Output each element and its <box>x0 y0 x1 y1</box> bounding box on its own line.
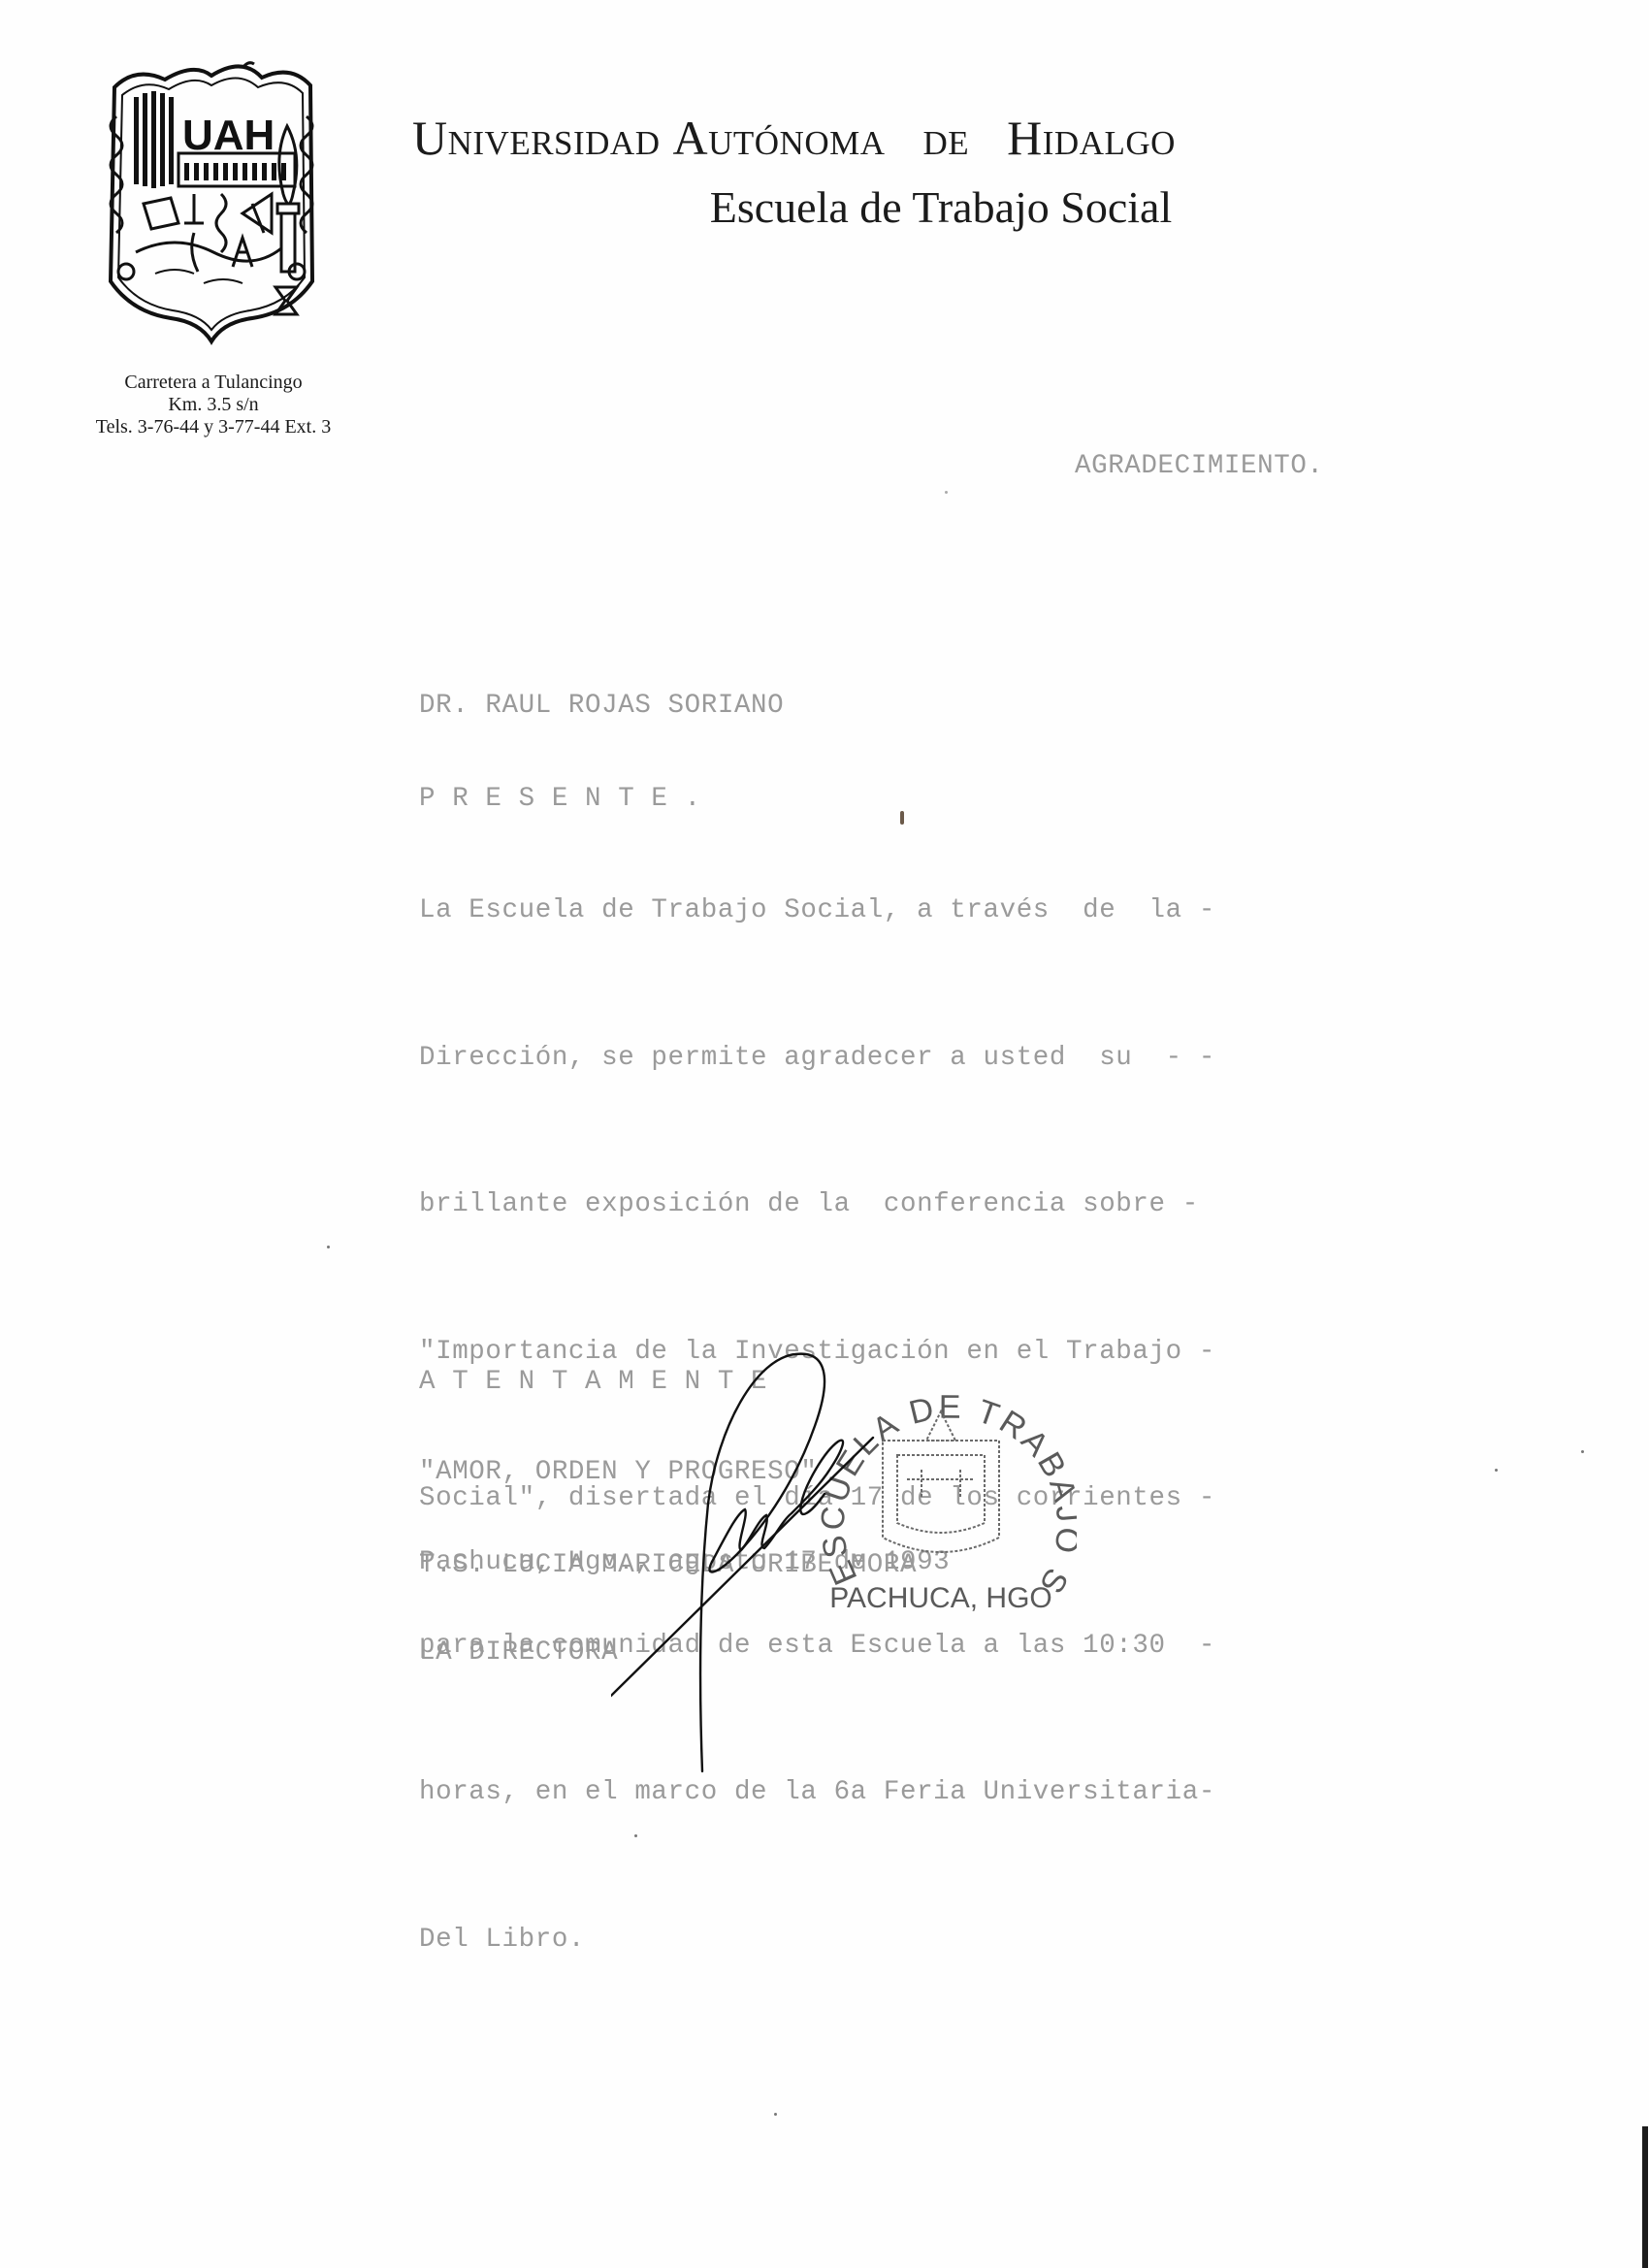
university-crest-icon: UAH <box>97 58 326 349</box>
address-street: Carretera a Tulancingo <box>58 372 369 394</box>
body-line: brillante exposición de la conferencia s… <box>419 1181 1215 1230</box>
univ-title-word: Hidalgo <box>1007 111 1176 165</box>
scan-speck <box>1495 1469 1498 1472</box>
scan-speck <box>945 491 948 494</box>
scan-edge-bar <box>1642 2126 1648 2268</box>
univ-title-word: Universidad <box>412 111 661 165</box>
body-line: Del Libro. <box>419 1916 1215 1965</box>
scan-speck <box>774 2113 777 2116</box>
scan-speck <box>327 1246 330 1248</box>
body-line: La Escuela de Trabajo Social, a través d… <box>419 887 1215 936</box>
address-km: Km. 3.5 s/n <box>58 394 369 416</box>
school-title: Escuela de Trabajo Social <box>412 180 1440 235</box>
scan-speck <box>900 811 904 825</box>
scanned-letter-page: UAH Carretera a Tulanc <box>0 0 1649 2268</box>
handwritten-signature-icon <box>611 1348 902 1775</box>
univ-title-word: de <box>923 111 970 165</box>
body-line: horas, en el marco de la 6a Feria Univer… <box>419 1768 1215 1818</box>
scan-speck <box>634 1834 637 1837</box>
univ-title-word: Autónoma <box>673 111 886 165</box>
address-phones: Tels. 3-76-44 y 3-77-44 Ext. 3 <box>58 416 369 438</box>
letter-subject: AGRADECIMIENTO. <box>1075 451 1324 481</box>
body-line: Dirección, se permite agradecer a usted … <box>419 1034 1215 1084</box>
scan-speck <box>1581 1450 1584 1453</box>
university-title: Universidad Autónoma de Hidalgo <box>412 109 1440 167</box>
letterhead-address: Carretera a Tulancingo Km. 3.5 s/n Tels.… <box>58 372 369 438</box>
recipient-name: DR. RAUL ROJAS SORIANO <box>419 691 784 722</box>
